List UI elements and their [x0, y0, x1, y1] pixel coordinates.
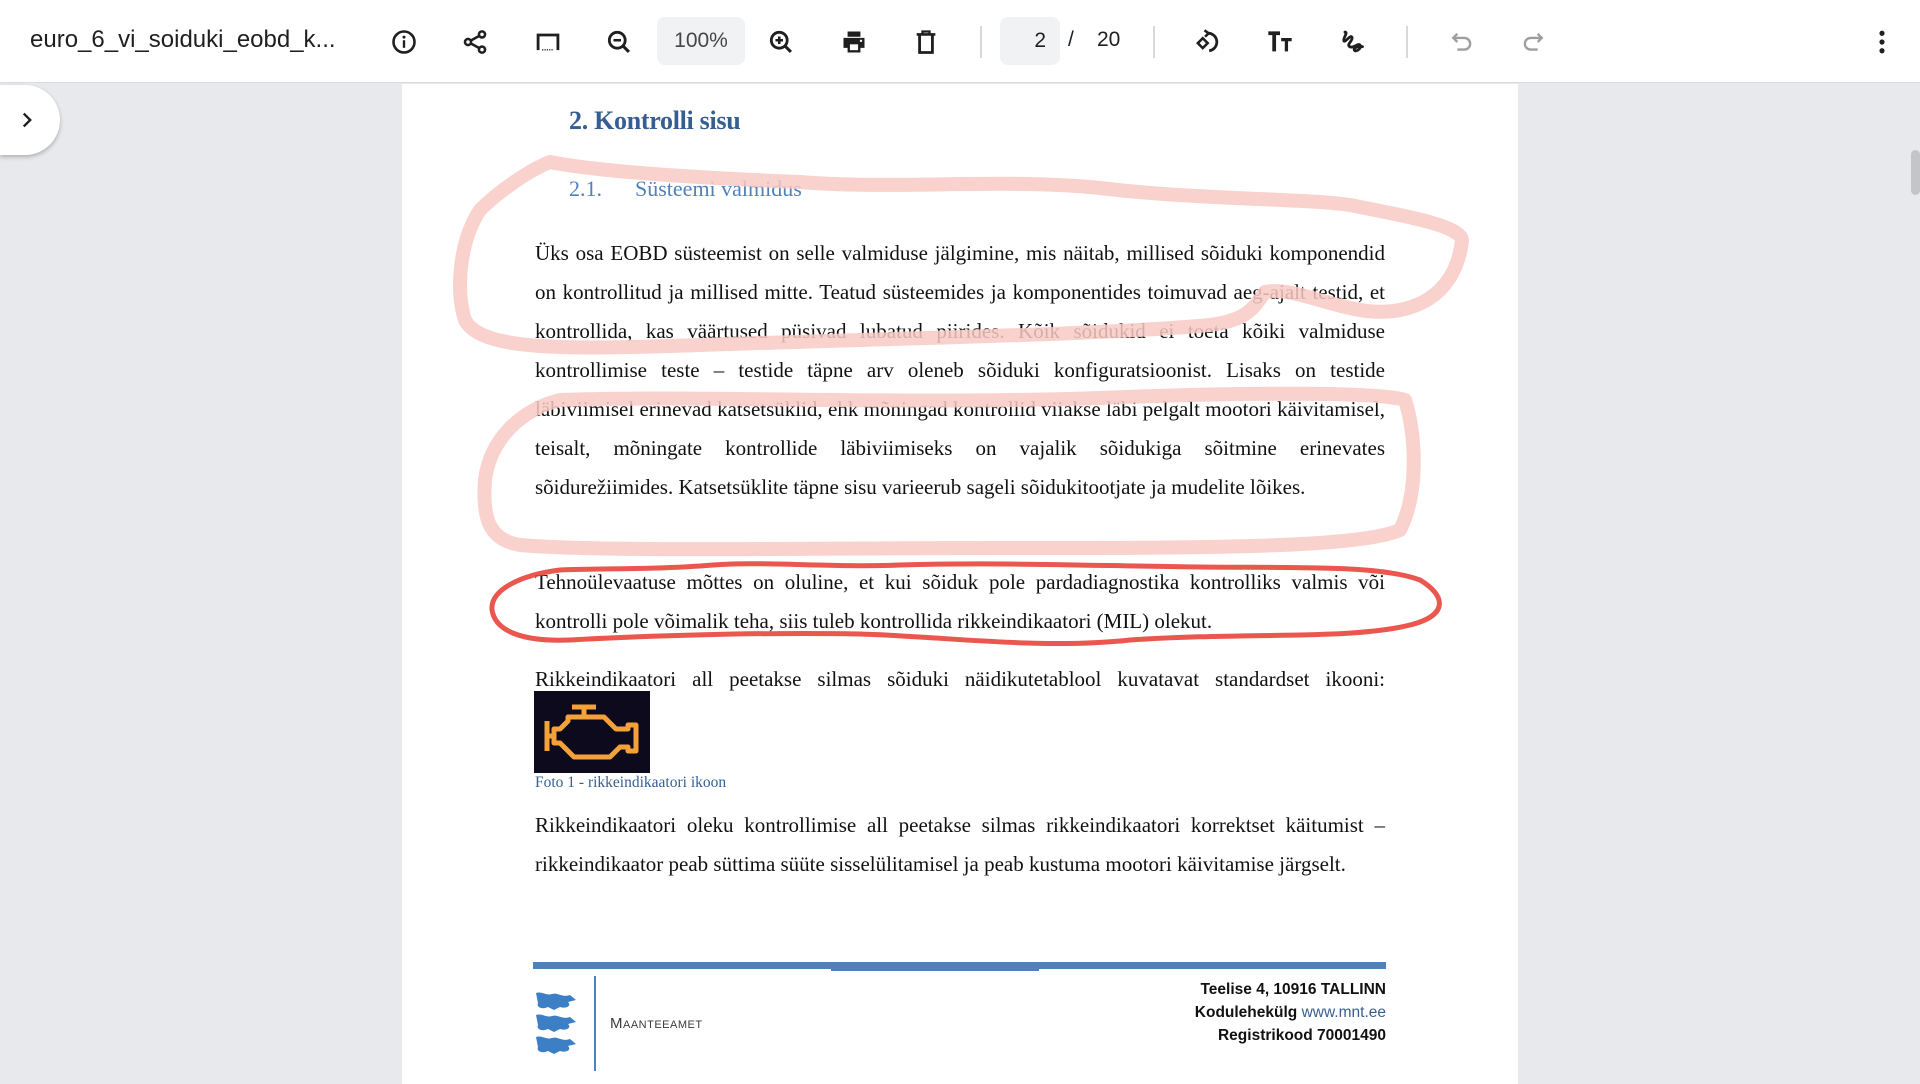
redo-icon[interactable]	[1513, 22, 1553, 62]
zoom-out-icon[interactable]	[599, 22, 639, 62]
footer-registry: Registrikood 70001490	[1195, 1024, 1386, 1047]
more-vert-icon[interactable]	[1862, 22, 1902, 62]
subsection-heading: 2.1.Süsteemi valmidus	[569, 176, 802, 202]
footer-contact: Teelise 4, 10916 TALLINN Kodulehekülg ww…	[1195, 978, 1386, 1047]
document-title: euro_6_vi_soiduki_eobd_k...	[30, 26, 336, 54]
figure-caption: Foto 1 - rikkeindikaatori ikoon	[535, 774, 726, 792]
info-icon[interactable]	[384, 22, 424, 62]
footer-divider-accent	[831, 969, 1039, 971]
fullscreen-icon[interactable]	[528, 22, 568, 62]
subsection-number: 2.1.	[569, 176, 635, 202]
current-page-input[interactable]: 2	[1000, 17, 1060, 65]
text-format-icon[interactable]	[1260, 22, 1300, 62]
paragraph-mil-check: Tehnoülevaatuse mõttes on oluline, et ku…	[535, 563, 1385, 641]
chevron-right-icon	[16, 109, 38, 131]
toolbar-divider	[1153, 26, 1155, 58]
footer-website-label: Kodulehekülg	[1195, 1004, 1297, 1021]
page-separator: /	[1068, 28, 1074, 52]
check-engine-image	[534, 691, 650, 773]
share-icon[interactable]	[455, 22, 495, 62]
footer-divider	[533, 962, 1386, 969]
undo-icon[interactable]	[1442, 22, 1482, 62]
check-engine-icon	[534, 691, 650, 773]
zoom-in-icon[interactable]	[761, 22, 801, 62]
paragraph-mil-icon-intro: Rikkeindikaatori all peetakse silmas sõi…	[535, 660, 1385, 699]
toolbar-divider	[980, 26, 982, 58]
toolbar-divider	[1406, 26, 1408, 58]
organization-name: Maanteeamet	[610, 1015, 703, 1032]
pdf-toolbar: euro_6_vi_soiduki_eobd_k... 100% 2 / 20	[0, 0, 1920, 83]
subsection-title: Süsteemi valmidus	[635, 176, 802, 201]
print-icon[interactable]	[834, 22, 874, 62]
footer-website-link[interactable]: www.mnt.ee	[1302, 1004, 1386, 1021]
draw-icon[interactable]	[1332, 22, 1372, 62]
estonian-coat-of-arms-icon	[532, 990, 580, 1056]
zoom-level-field[interactable]: 100%	[657, 17, 745, 65]
section-heading: 2. Kontrolli sisu	[569, 106, 740, 136]
rotate-icon[interactable]	[1188, 22, 1228, 62]
paragraph-mil-behavior: Rikkeindikaatori oleku kontrollimise all…	[535, 806, 1385, 884]
paragraph-readiness: Üks osa EOBD süsteemist on selle valmidu…	[535, 234, 1385, 507]
delete-icon[interactable]	[906, 22, 946, 62]
footer-website-line: Kodulehekülg www.mnt.ee	[1195, 1001, 1386, 1024]
footer-vertical-rule	[594, 976, 596, 1071]
vertical-scrollbar[interactable]	[1911, 150, 1920, 195]
footer-address: Teelise 4, 10916 TALLINN	[1195, 978, 1386, 1001]
total-pages: 20	[1097, 28, 1120, 52]
